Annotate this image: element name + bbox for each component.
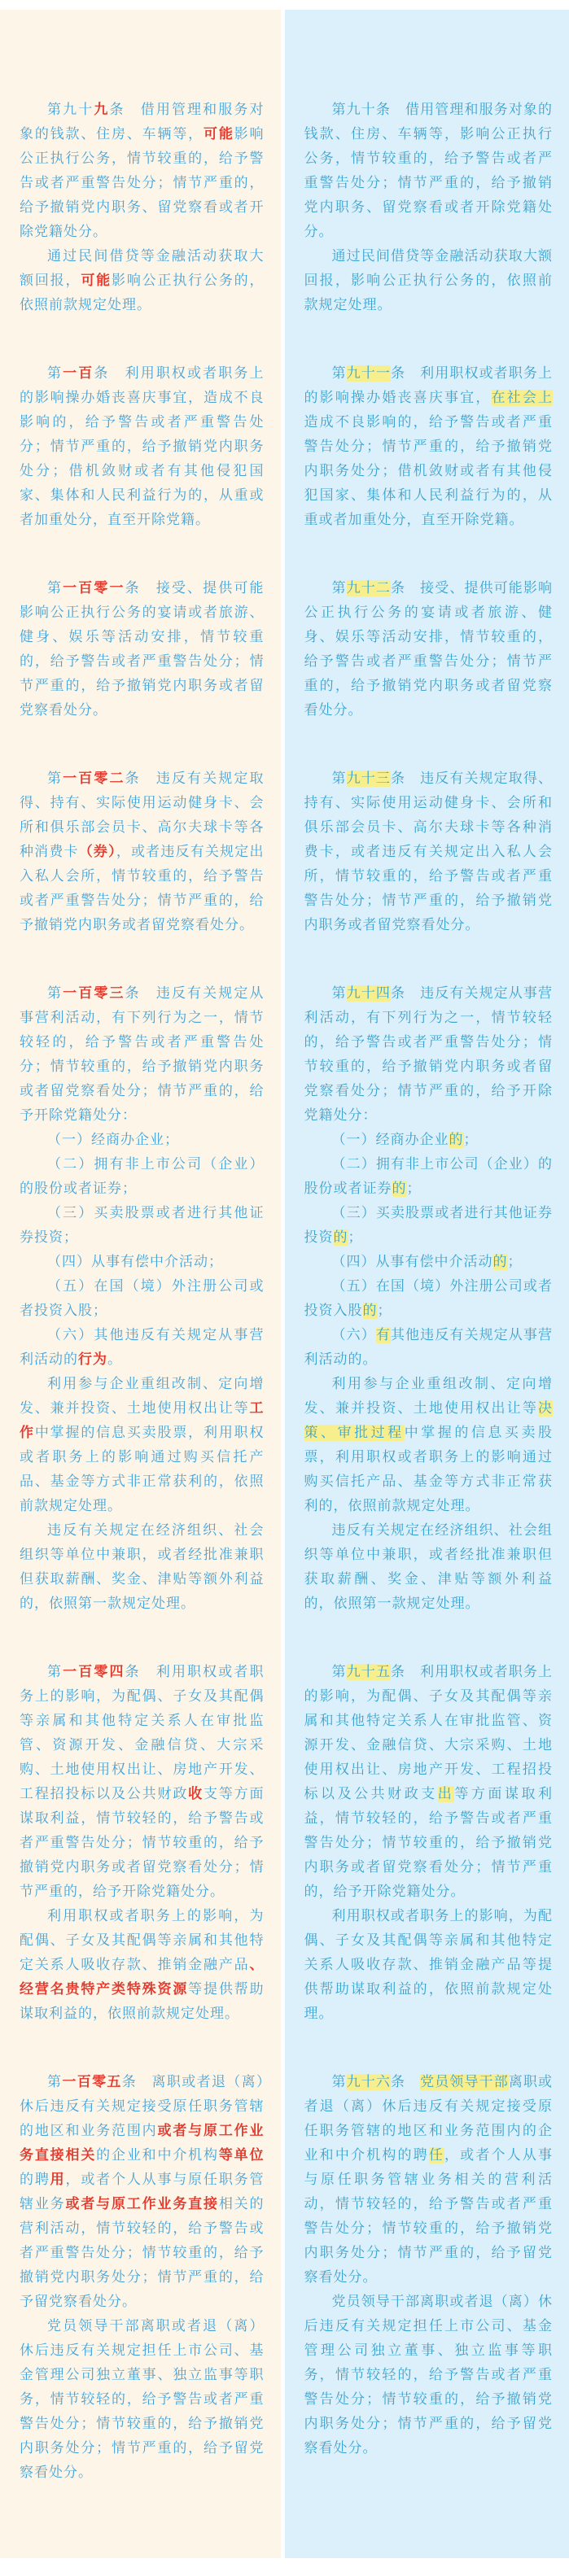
paragraph: （四）从事有偿中介活动； [20, 1250, 265, 1274]
paragraph: 违反有关规定在经济组织、社会组织等单位中兼职，或者经批准兼职但获取薪酬、奖金、津… [304, 1518, 554, 1616]
changed-text-emphasis: 可能 [81, 273, 112, 289]
changed-text-emphasis: 收 [188, 1786, 204, 1802]
original-article-cell: 第九十三条 违反有关规定取得、持有、实际使用运动健身卡、会所和俱乐部会员卡、高尔… [285, 744, 569, 959]
changed-text-highlight: 的 [334, 1229, 348, 1246]
text-run: ； [508, 1254, 523, 1270]
revised-article-cell: 第一百零五条 离职或者退（离）休后违反有关规定接受原任职务管辖的地区和业务范围内… [0, 2048, 285, 2558]
paragraph: 利用职权或者职务上的影响，为配偶、子女及其配偶等亲属和其他特定关系人吸收存款、推… [304, 1904, 554, 2026]
text-run: 条 违反有关规定从事营利活动，有下列行为之一，情节较轻的，给予警告或者严重警告处… [20, 985, 265, 1124]
text-run: （四）从事有偿中介活动 [332, 1254, 493, 1270]
changed-text-emphasis: （券） [79, 844, 116, 860]
changed-text-highlight: 九十二 [347, 580, 391, 596]
text-run: 造成不良影响的，给予警告或者严重警告处分；情节严重的，给予撤销党内职务处分；借机… [304, 414, 554, 528]
changed-text-highlight: 九十一 [347, 365, 391, 382]
paragraph: （六）有其他违反有关规定从事营利活动的。 [304, 1323, 554, 1372]
text-run: ； [464, 1132, 479, 1148]
changed-text-emphasis: 一百 [63, 365, 94, 382]
paragraph: 违反有关规定在经济组织、社会组织等单位中兼职，或者经批准兼职但获取薪酬、奖金、津… [20, 1518, 265, 1616]
changed-text-highlight: 的 [363, 1303, 378, 1319]
revised-article-cell: 第一百零三条 违反有关规定从事营利活动，有下列行为之一，情节较轻的，给予警告或者… [0, 959, 285, 1638]
paragraph: 利用职权或者职务上的影响，为配偶、子女及其配偶等亲属和其他特定关系人吸收存款、推… [20, 1904, 265, 2026]
original-article-cell: 第九十条 借用管理和服务对象的钱款、住房、车辆等，影响公正执行公务，情节较重的，… [285, 10, 569, 339]
original-article-cell: 第九十六条 党员领导干部离职或者退（离）休后违反有关规定接受原任职务管辖的地区和… [285, 2048, 569, 2558]
paragraph: （六）其他违反有关规定从事营利活动的行为。 [20, 1323, 265, 1372]
changed-text-highlight: 九十三 [347, 771, 391, 787]
text-run: 第 [47, 580, 63, 596]
text-run: 第 [332, 985, 347, 1002]
paragraph: 第九十五条 利用职权或者职务上的影响，为配偶、子女及其配偶等亲属和其他特定关系人… [304, 1660, 554, 1904]
comparison-grid: 第九十九条 借用管理和服务对象的钱款、住房、车辆等，可能影响公正执行公务，情节较… [0, 10, 569, 2558]
original-article-cell: 第九十二条 接受、提供可能影响公正执行公务的宴请或者旅游、健身、娱乐等活动安排，… [285, 554, 569, 744]
paragraph: 第九十四条 违反有关规定从事营利活动，有下列行为之一，情节较轻的，给予警告或者严… [304, 981, 554, 1128]
text-run: 条 [391, 2074, 420, 2090]
text-run: 利用参与企业重组改制、定向增发、兼并投资、土地使用权出让等 [20, 1376, 265, 1417]
text-run: ； [378, 1303, 392, 1319]
changed-text-highlight: 九十五 [347, 1664, 391, 1680]
text-run: 条 接受、提供可能影响公正执行公务的宴请或者旅游、健身、娱乐等活动安排，情节较重… [20, 580, 265, 718]
text-run: 条 违反有关规定取得、持有、实际使用运动健身卡、会所和俱乐部会员卡、高尔夫球卡等… [304, 771, 554, 933]
changed-text-emphasis: 九 [94, 102, 109, 118]
changed-text-highlight: 在社会上 [492, 390, 554, 406]
text-run: 相关的营利活动，情节较轻的，给予警告或者严重警告处分；情节较重的，给予撤销党内职… [20, 2196, 265, 2310]
paragraph: （四）从事有偿中介活动的； [304, 1250, 554, 1274]
changed-text-emphasis: 一百零一 [63, 580, 125, 596]
changed-text-highlight: 任 [429, 2147, 444, 2163]
text-run: 党员领导干部离职或者退（离）休后违反有关规定担任上市公司、基金管理公司独立董事、… [304, 2294, 554, 2456]
paragraph: （一）经商办企业的； [304, 1128, 554, 1152]
original-article-cell: 第九十四条 违反有关规定从事营利活动，有下列行为之一，情节较轻的，给予警告或者严… [285, 959, 569, 1638]
changed-text-emphasis: 等单位 [219, 2147, 265, 2163]
text-run: 。 [107, 1351, 122, 1368]
text-run: 中掌握的信息买卖股票，利用职权或者职务上的影响通过购买信托产品、基金等方式非正常… [20, 1425, 265, 1514]
text-run: 第 [47, 365, 63, 382]
paragraph: （三）买卖股票或者进行其他证券投资； [20, 1201, 265, 1250]
text-run: ； [348, 1229, 363, 1246]
revised-article-cell: 第一百零二条 违反有关规定取得、持有、实际使用运动健身卡、会所和俱乐部会员卡、高… [0, 744, 285, 959]
text-run: 第 [332, 580, 347, 596]
document-comparison-page: 第九十九条 借用管理和服务对象的钱款、住房、车辆等，可能影响公正执行公务，情节较… [0, 0, 569, 2558]
changed-text-highlight: 出 [438, 1786, 455, 1802]
paragraph: （二）拥有非上市公司（企业）的股份或者证券的； [304, 1152, 554, 1201]
changed-text-highlight: 党员领导干部 [420, 2074, 509, 2090]
paragraph: 第一百条 利用职权或者职务上的影响操办婚丧喜庆事宜，造成不良影响的，给予警告或者… [20, 361, 265, 532]
paragraph: 利用参与企业重组改制、定向增发、兼并投资、土地使用权出让等决策、审批过程中掌握的… [304, 1372, 554, 1518]
changed-text-emphasis: 一百零三 [63, 985, 125, 1002]
paragraph: 第九十三条 违反有关规定取得、持有、实际使用运动健身卡、会所和俱乐部会员卡、高尔… [304, 766, 554, 937]
changed-text-highlight: 的 [449, 1132, 464, 1148]
text-run: 通过民间借贷等金融活动获取大额回报，影响公正执行公务的，依照前款规定处理。 [304, 248, 554, 313]
changed-text-highlight: 九十六 [347, 2074, 391, 2090]
text-run: 条 违反有关规定从事营利活动，有下列行为之一，情节较轻的，给予警告或者严重警告处… [304, 985, 554, 1124]
changed-text-highlight: 的 [392, 1181, 407, 1197]
text-run: 条 利用职权或者职务上的影响操办婚丧喜庆事宜，造成不良影响的，给予警告或者严重警… [20, 365, 265, 528]
text-run: 第 [47, 771, 63, 787]
revised-article-cell: 第一百条 利用职权或者职务上的影响操办婚丧喜庆事宜，造成不良影响的，给予警告或者… [0, 339, 285, 554]
text-run: （六）其他违反有关规定从事营利活动的 [20, 1327, 265, 1368]
changed-text-highlight: 的 [493, 1254, 508, 1270]
revised-article-cell: 第一百零四条 利用职权或者职务上的影响，为配偶、子女及其配偶等亲属和其他特定关系… [0, 1638, 285, 2048]
paragraph: （一）经商办企业； [20, 1128, 265, 1152]
paragraph: （五）在国（境）外注册公司或者投资入股的； [304, 1274, 554, 1323]
paragraph: 第一百零五条 离职或者退（离）休后违反有关规定接受原任职务管辖的地区和业务范围内… [20, 2070, 265, 2314]
text-run: 违反有关规定在经济组织、社会组织等单位中兼职，或者经批准兼职但获取薪酬、奖金、津… [20, 1522, 265, 1612]
text-run: （三）买卖股票或者进行其他证券投资； [20, 1205, 265, 1246]
paragraph: 第九十一条 利用职权或者职务上的影响操办婚丧喜庆事宜，在社会上造成不良影响的，给… [304, 361, 554, 532]
text-run: 第九十 [47, 102, 94, 118]
changed-text-emphasis: 一百零二 [63, 771, 125, 787]
text-run: 违反有关规定在经济组织、社会组织等单位中兼职，或者经批准兼职但获取薪酬、奖金、津… [304, 1522, 554, 1612]
text-run: 条 接受、提供可能影响公正执行公务的宴请或者旅游、健身、娱乐等活动安排，情节较重… [304, 580, 554, 718]
text-run: 条 利用职权或者职务上的影响，为配偶、子女及其配偶等亲属和其他特定关系人在审批监… [304, 1664, 554, 1802]
text-run: ； [407, 1181, 422, 1197]
text-run: 第九十条 借用管理和服务对象的钱款、住房、车辆等，影响公正执行公务，情节较重的，… [304, 102, 554, 240]
paragraph: （三）买卖股票或者进行其他证券投资的； [304, 1201, 554, 1250]
text-run: 第 [47, 985, 63, 1002]
text-run: 第 [332, 2074, 347, 2090]
paragraph: 通过民间借贷等金融活动获取大额回报，可能影响公正执行公务的，依照前款规定处理。 [20, 244, 265, 317]
text-run: 的企业和中介机构 [96, 2147, 219, 2163]
text-run: （四）从事有偿中介活动； [47, 1254, 223, 1270]
changed-text-emphasis: 或者与原工作业务直接 [66, 2196, 219, 2212]
original-article-cell: 第九十五条 利用职权或者职务上的影响，为配偶、子女及其配偶等亲属和其他特定关系人… [285, 1638, 569, 2048]
text-run: 的聘 [20, 2172, 50, 2188]
paragraph: （二）拥有非上市公司（企业）的股份或者证券； [20, 1152, 265, 1201]
text-run: ，或者个人从事与原任职务管辖业务相关的营利活动，情节较轻的，给予警告或者严重警告… [304, 2147, 554, 2286]
paragraph: 利用参与企业重组改制、定向增发、兼并投资、土地使用权出让等工作中掌握的信息买卖股… [20, 1372, 265, 1518]
paragraph: 第一百零四条 利用职权或者职务上的影响，为配偶、子女及其配偶等亲属和其他特定关系… [20, 1660, 265, 1904]
paragraph: 第一百零二条 违反有关规定取得、持有、实际使用运动健身卡、会所和俱乐部会员卡、高… [20, 766, 265, 937]
text-run: 条 利用职权或者职务上的影响，为配偶、子女及其配偶等亲属和其他特定关系人在审批监… [20, 1664, 265, 1802]
text-run: 第 [47, 1664, 63, 1680]
text-run: 第 [332, 1664, 347, 1680]
text-run: 党员领导干部离职或者退（离）休后违反有关规定担任上市公司、基金管理公司独立董事、… [20, 2318, 265, 2481]
paragraph: 党员领导干部离职或者退（离）休后违反有关规定担任上市公司、基金管理公司独立董事、… [304, 2290, 554, 2460]
original-article-cell: 第九十一条 利用职权或者职务上的影响操办婚丧喜庆事宜，在社会上造成不良影响的，给… [285, 339, 569, 554]
paragraph: 第九十二条 接受、提供可能影响公正执行公务的宴请或者旅游、健身、娱乐等活动安排，… [304, 576, 554, 723]
text-run: 第 [332, 365, 347, 382]
text-run: （五）在国（境）外注册公司或者投资入股； [20, 1278, 265, 1319]
paragraph: （五）在国（境）外注册公司或者投资入股； [20, 1274, 265, 1323]
text-run: （二）拥有非上市公司（企业）的股份或者证券 [304, 1156, 554, 1197]
paragraph: 第一百零三条 违反有关规定从事营利活动，有下列行为之一，情节较轻的，给予警告或者… [20, 981, 265, 1128]
text-run: 第 [47, 2074, 62, 2090]
changed-text-emphasis: 一百零四 [63, 1664, 125, 1680]
text-run: （二）拥有非上市公司（企业）的股份或者证券； [20, 1156, 265, 1197]
revised-article-cell: 第一百零一条 接受、提供可能影响公正执行公务的宴请或者旅游、健身、娱乐等活动安排… [0, 554, 285, 744]
text-run: （五）在国（境）外注册公司或者投资入股 [304, 1278, 554, 1319]
paragraph: 第九十六条 党员领导干部离职或者退（离）休后违反有关规定接受原任职务管辖的地区和… [304, 2070, 554, 2290]
changed-text-highlight: 有 [376, 1327, 391, 1343]
paragraph: 党员领导干部离职或者退（离）休后违反有关规定担任上市公司、基金管理公司独立董事、… [20, 2314, 265, 2485]
text-run: 支等方面谋取利益，情节较轻的，给予警告或者严重警告处分；情节较重的，给予撤销党内… [20, 1786, 265, 1900]
changed-text-highlight: 九十四 [347, 985, 391, 1002]
changed-text-emphasis: 可能 [204, 126, 234, 142]
changed-text-emphasis: 行为 [78, 1351, 107, 1368]
paragraph: 通过民间借贷等金融活动获取大额回报，影响公正执行公务的，依照前款规定处理。 [304, 244, 554, 317]
paragraph: 第九十九条 借用管理和服务对象的钱款、住房、车辆等，可能影响公正执行公务，情节较… [20, 98, 265, 244]
text-run: 利用职权或者职务上的影响，为配偶、子女及其配偶等亲属和其他特定关系人吸收存款、推… [304, 1908, 554, 2022]
changed-text-emphasis: 一百零五 [62, 2074, 121, 2090]
text-run: 第 [332, 771, 347, 787]
text-run: 影响公正执行公务，情节较重的，给予警告或者严重警告处分；情节严重的，给予撤销党内… [20, 126, 265, 240]
text-run: （六） [332, 1327, 376, 1343]
text-run: （一）经商办企业 [332, 1132, 449, 1148]
text-run: 利用参与企业重组改制、定向增发、兼并投资、土地使用权出让等 [304, 1376, 554, 1417]
text-run: 等方面谋取利益，情节较轻的，给予警告或者严重警告处分；情节较重的，给予撤销党内职… [304, 1786, 554, 1900]
text-run: （一）经商办企业； [47, 1132, 179, 1148]
changed-text-emphasis: 用 [50, 2172, 66, 2188]
paragraph: 第一百零一条 接受、提供可能影响公正执行公务的宴请或者旅游、健身、娱乐等活动安排… [20, 576, 265, 723]
revised-article-cell: 第九十九条 借用管理和服务对象的钱款、住房、车辆等，可能影响公正执行公务，情节较… [0, 10, 285, 339]
paragraph: 第九十条 借用管理和服务对象的钱款、住房、车辆等，影响公正执行公务，情节较重的，… [304, 98, 554, 244]
text-run: 利用职权或者职务上的影响，为配偶、子女及其配偶等亲属和其他特定关系人吸收存款、推… [20, 1908, 265, 1973]
